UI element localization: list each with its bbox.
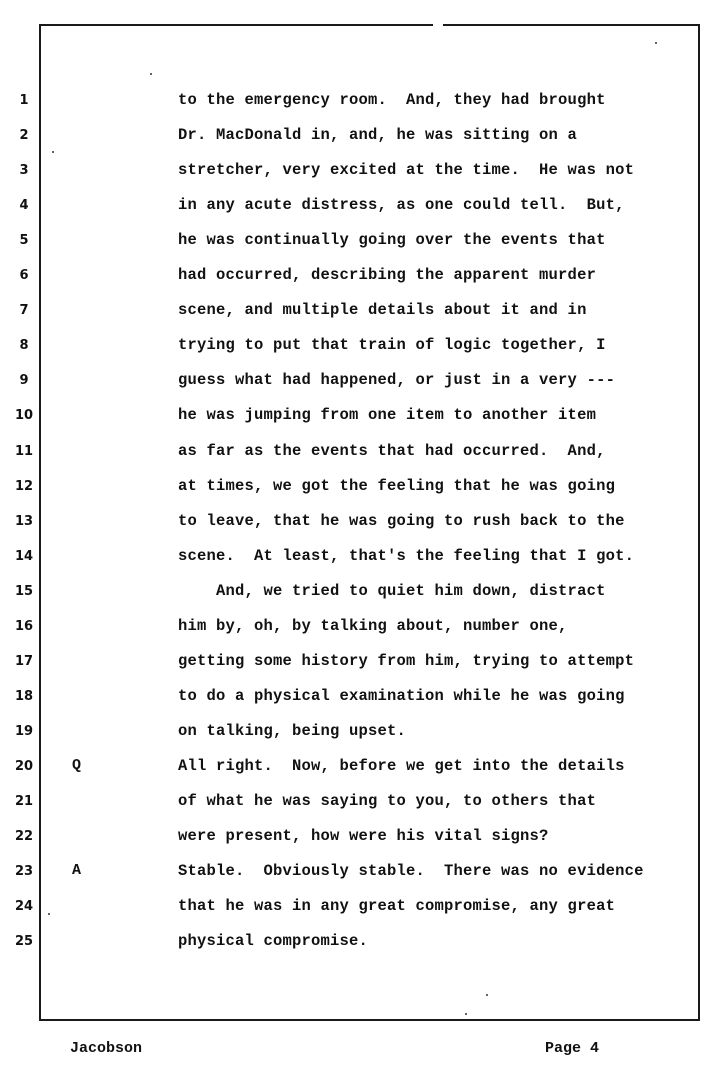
transcript-line: guess what had happened, or just in a ve… xyxy=(178,371,615,389)
scan-speck xyxy=(52,151,54,153)
transcript-line: had occurred, describing the apparent mu… xyxy=(178,266,596,284)
scan-speck xyxy=(150,73,152,75)
line-number: 5 xyxy=(10,232,38,250)
speaker-label: A xyxy=(72,862,86,880)
transcript-line: of what he was saying to you, to others … xyxy=(178,792,596,810)
line-number: 10 xyxy=(10,407,38,425)
line-number: 8 xyxy=(10,337,38,355)
line-number: 16 xyxy=(10,618,38,636)
line-number: 21 xyxy=(10,793,38,811)
scan-speck xyxy=(465,1013,467,1015)
line-number: 18 xyxy=(10,688,38,706)
transcript-line: physical compromise. xyxy=(178,932,368,950)
line-number: 13 xyxy=(10,513,38,531)
transcript-line: he was continually going over the events… xyxy=(178,231,606,249)
transcript-line: him by, oh, by talking about, number one… xyxy=(178,617,568,635)
transcript-line: he was jumping from one item to another … xyxy=(178,406,596,424)
transcript-line: to leave, that he was going to rush back… xyxy=(178,512,625,530)
line-number: 7 xyxy=(10,302,38,320)
transcript-line: getting some history from him, trying to… xyxy=(178,652,634,670)
line-number: 19 xyxy=(10,723,38,741)
line-number: 17 xyxy=(10,653,38,671)
line-number: 4 xyxy=(10,197,38,215)
transcript-line: on talking, being upset. xyxy=(178,722,406,740)
transcript-line: to do a physical examination while he wa… xyxy=(178,687,625,705)
page-number: Page 4 xyxy=(545,1040,599,1057)
transcript-line: Stable. Obviously stable. There was no e… xyxy=(178,862,644,880)
line-number: 20 xyxy=(10,758,38,776)
transcript-line: at times, we got the feeling that he was… xyxy=(178,477,615,495)
transcript-line: as far as the events that had occurred. … xyxy=(178,442,606,460)
transcript-line: All right. Now, before we get into the d… xyxy=(178,757,625,775)
line-number: 9 xyxy=(10,372,38,390)
transcript-line: stretcher, very excited at the time. He … xyxy=(178,161,634,179)
line-number: 24 xyxy=(10,898,38,916)
transcript-line: And, we tried to quiet him down, distrac… xyxy=(178,582,606,600)
line-number: 3 xyxy=(10,162,38,180)
line-number: 11 xyxy=(10,443,38,461)
transcript-line: scene, and multiple details about it and… xyxy=(178,301,587,319)
transcript-line: were present, how were his vital signs? xyxy=(178,827,549,845)
line-number: 22 xyxy=(10,828,38,846)
witness-name: Jacobson xyxy=(70,1040,142,1057)
transcript-line: in any acute distress, as one could tell… xyxy=(178,196,625,214)
border-gap xyxy=(433,23,443,27)
transcript-line: to the emergency room. And, they had bro… xyxy=(178,91,606,109)
line-number: 14 xyxy=(10,548,38,566)
line-number: 6 xyxy=(10,267,38,285)
transcript-line: scene. At least, that's the feeling that… xyxy=(178,547,634,565)
line-number: 25 xyxy=(10,933,38,951)
scan-speck xyxy=(486,994,488,996)
speaker-label: Q xyxy=(72,757,86,775)
transcript-line: Dr. MacDonald in, and, he was sitting on… xyxy=(178,126,577,144)
scan-speck xyxy=(48,913,50,915)
line-number: 2 xyxy=(10,127,38,145)
transcript-line: trying to put that train of logic togeth… xyxy=(178,336,606,354)
line-number: 15 xyxy=(10,583,38,601)
line-number: 1 xyxy=(10,92,38,110)
transcript-line: that he was in any great compromise, any… xyxy=(178,897,615,915)
line-number: 12 xyxy=(10,478,38,496)
line-number: 23 xyxy=(10,863,38,881)
scan-speck xyxy=(655,42,657,44)
